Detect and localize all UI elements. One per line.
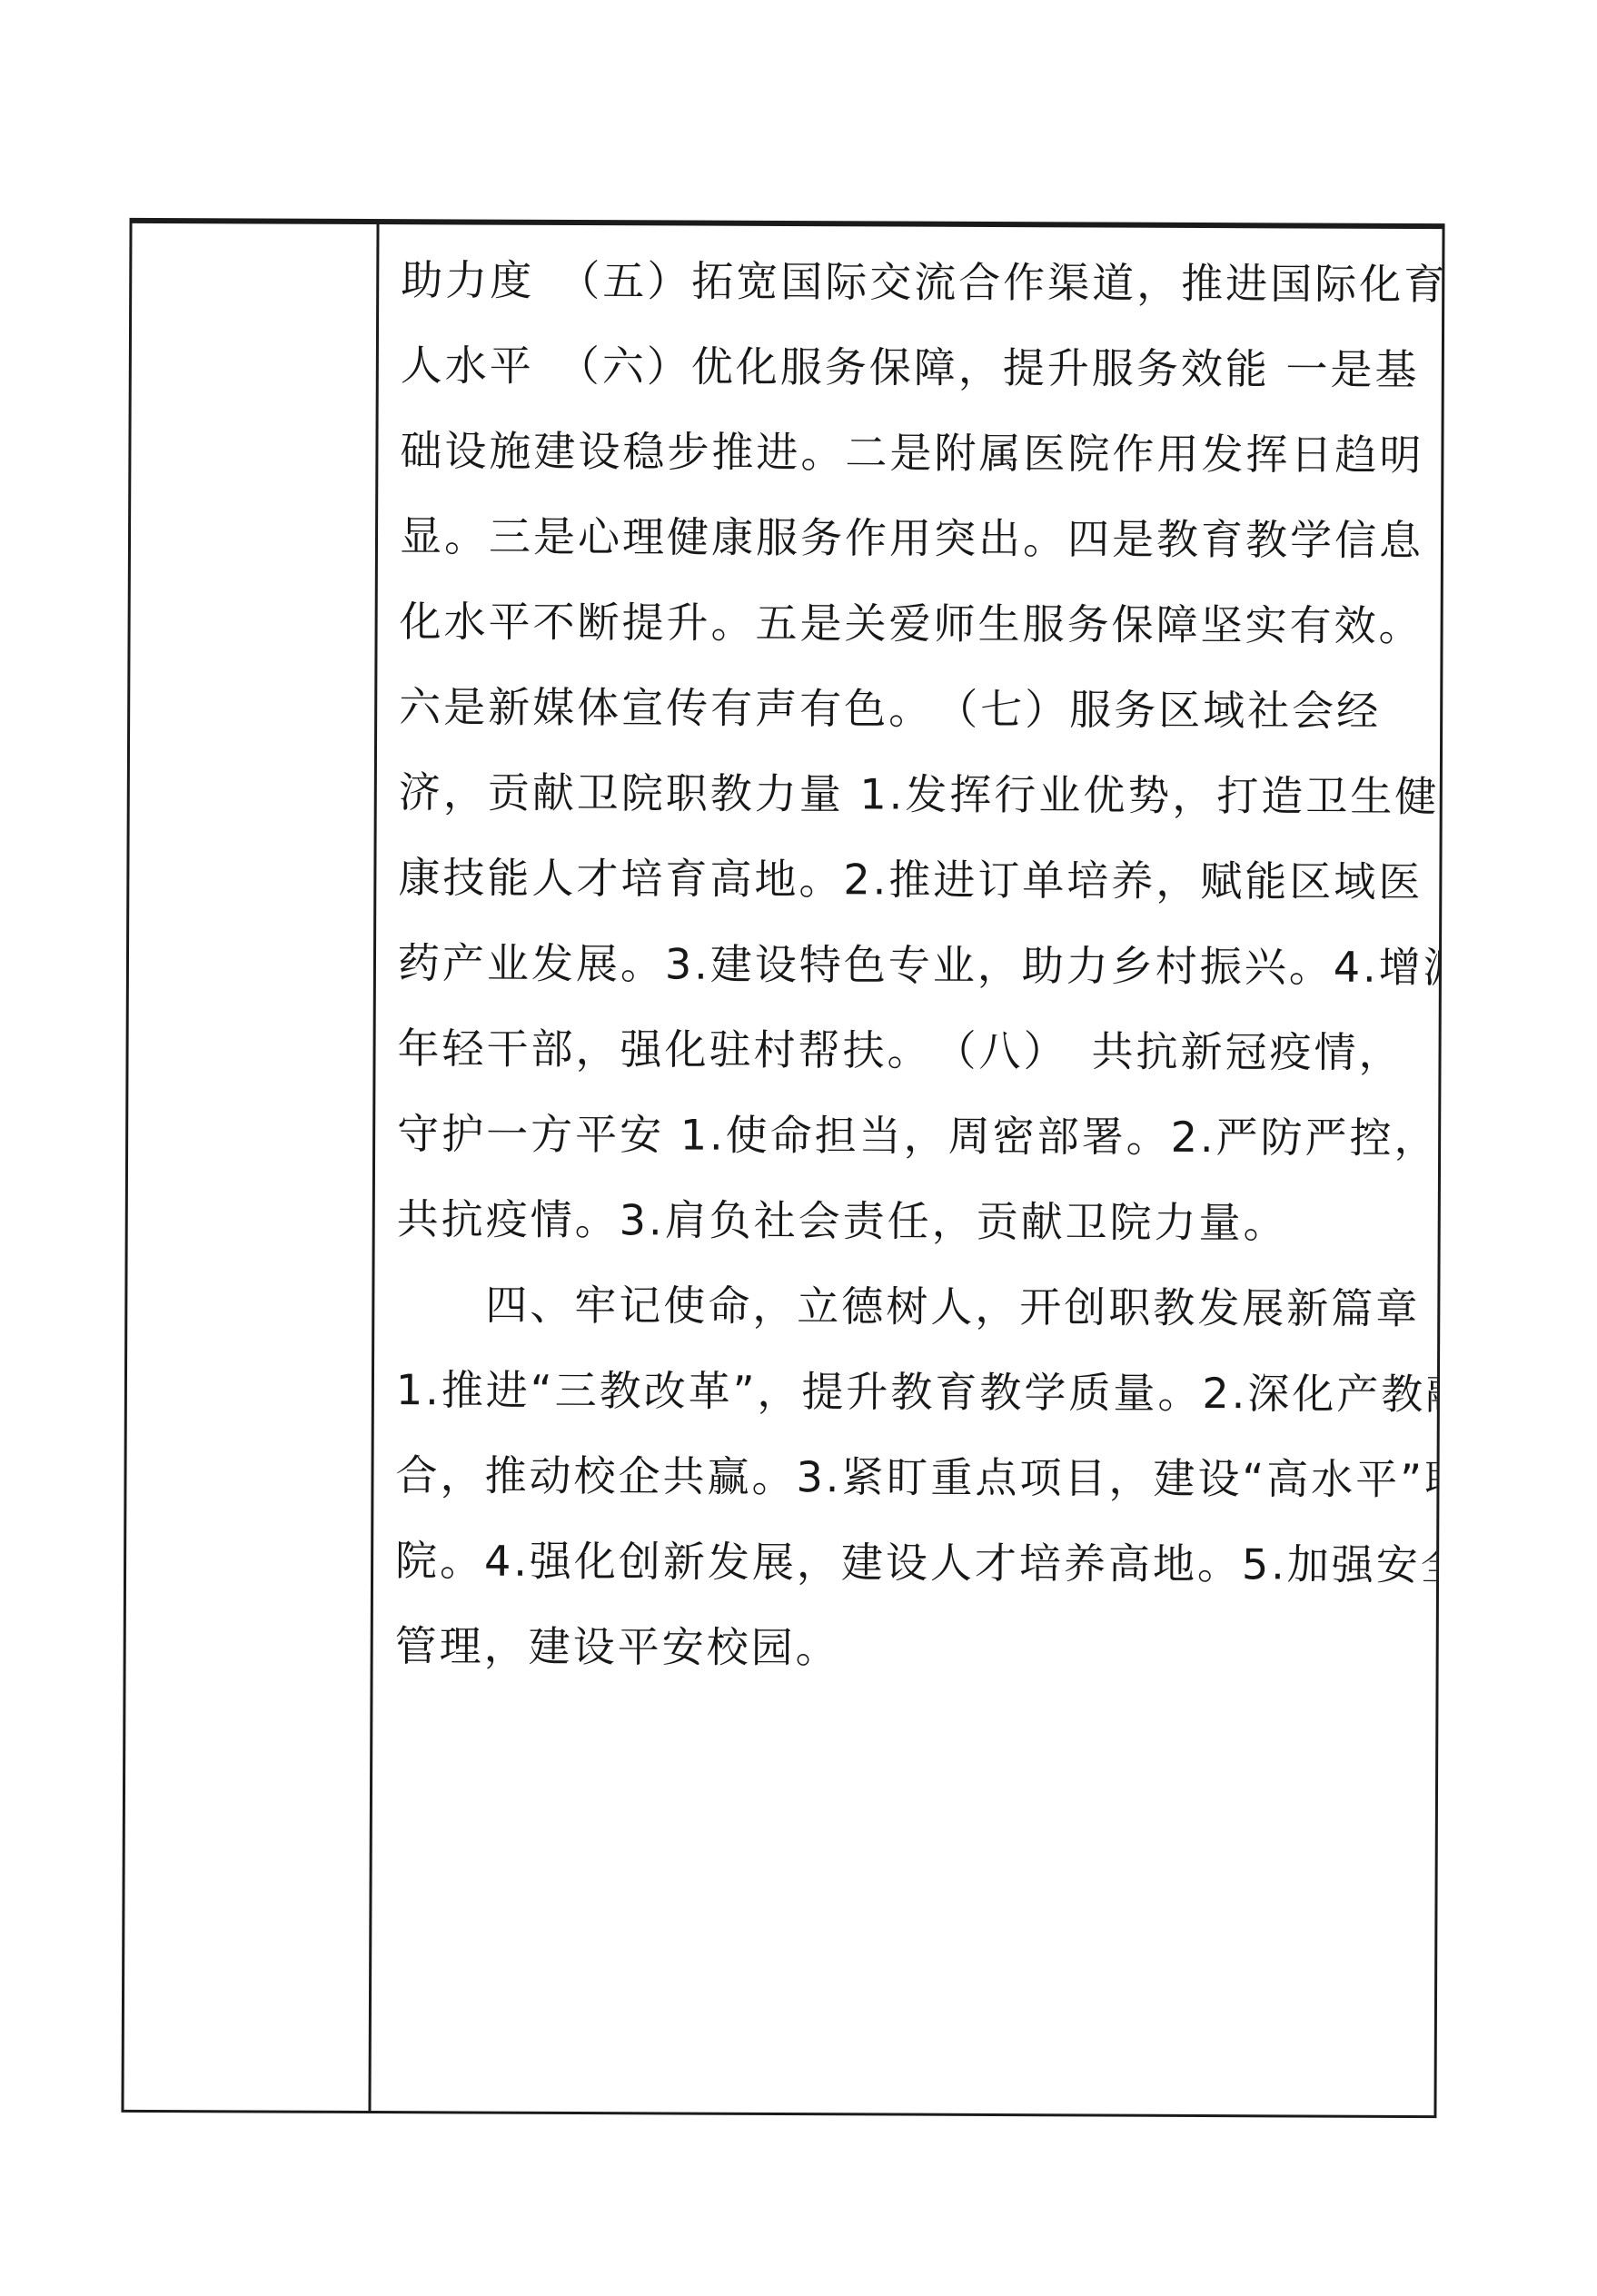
text-line: 守护一方平安 1.使命担当，周密部署。2.严防严控， — [397, 1091, 1407, 1181]
report-table: 助力度 （五）拓宽国际交流合作渠道，推进国际化育 人水平 （六）优化服务保障，提… — [121, 218, 1444, 2118]
text-line: 化水平不断提升。五是关爱师生服务保障坚实有效。 — [399, 579, 1409, 668]
text-line-section-heading: 四、牢记使命，立德树人，开创职教发展新篇章 — [396, 1262, 1406, 1351]
text-line: 管理，建设平安校园。 — [394, 1603, 1404, 1693]
table-right-cell: 助力度 （五）拓宽国际交流合作渠道，推进国际化育 人水平 （六）优化服务保障，提… — [371, 224, 1442, 2115]
text-line: 六是新媒体宣传有声有色。 （七）服务区域社会经 — [399, 664, 1409, 754]
text-line: 人水平 （六）优化服务保障，提升服务效能 一是基 — [401, 322, 1411, 412]
text-line: 显。三是心理健康服务作用突出。四是教育教学信息 — [400, 493, 1410, 583]
text-line: 1.推进“三教改革”，提升教育教学质量。2.深化产教融 — [396, 1347, 1406, 1437]
text-line: 共抗疫情。3.肩负社会责任，贡献卫院力量。 — [397, 1176, 1407, 1266]
text-line: 康技能人才培育高地。2.推进订单培养，赋能区域医 — [398, 835, 1408, 925]
text-line: 合，推动校企共赢。3.紧盯重点项目，建设“高水平”职 — [395, 1432, 1405, 1522]
scanned-document-page: 助力度 （五）拓宽国际交流合作渠道，推进国际化育 人水平 （六）优化服务保障，提… — [0, 0, 1597, 2296]
text-line: 院。4.强化创新发展，建设人才培养高地。5.加强安全 — [395, 1518, 1405, 1608]
text-line: 药产业发展。3.建设特色专业，助力乡村振兴。4.增派 — [398, 920, 1408, 1010]
text-line: 年轻干部，强化驻村帮扶。 （八） 共抗新冠疫情， — [397, 1005, 1407, 1095]
text-line: 助力度 （五）拓宽国际交流合作渠道，推进国际化育 — [401, 237, 1411, 327]
text-line: 础设施建设稳步推进。二是附属医院作用发挥日趋明 — [400, 408, 1410, 498]
text-line: 济，贡献卫院职教力量 1.发挥行业优势，打造卫生健 — [399, 749, 1409, 839]
table-left-cell — [124, 223, 379, 2111]
